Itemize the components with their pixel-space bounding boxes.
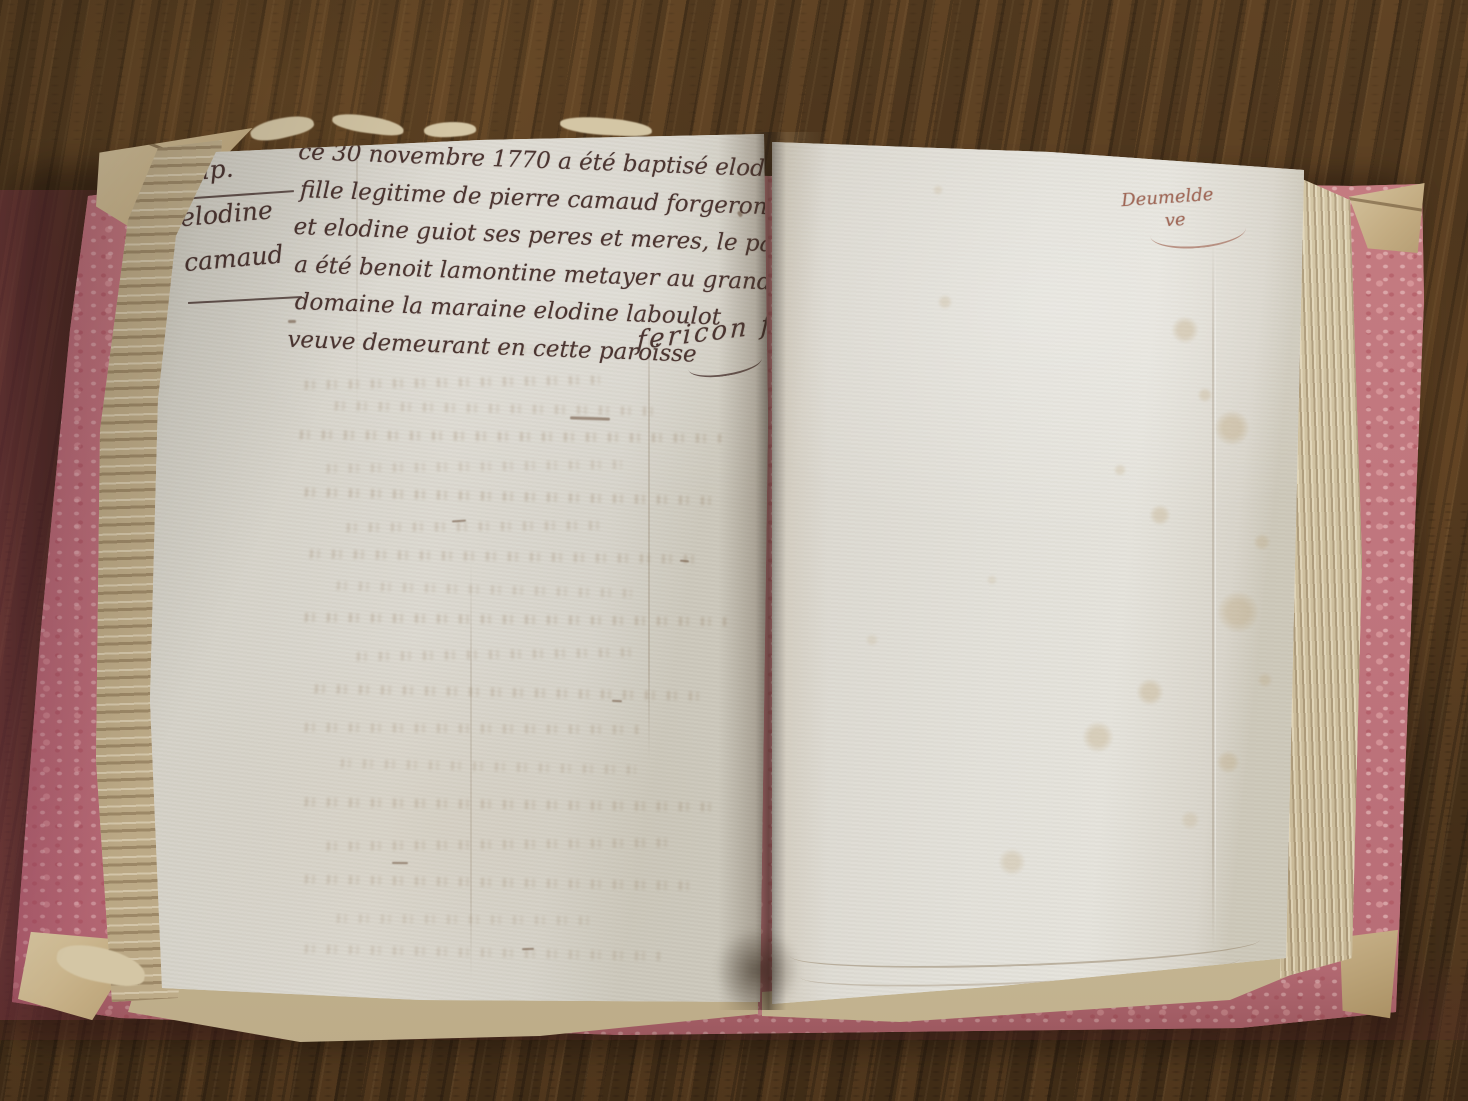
ink-fleck [570, 416, 610, 420]
verso-show-through-line [295, 430, 725, 443]
verso-show-through-line [322, 838, 672, 851]
right-page-crease-highlight [1215, 240, 1216, 950]
verso-show-through-line [330, 401, 660, 416]
verso-show-through-line [352, 648, 632, 661]
foxing-stain [1254, 534, 1270, 550]
signature-flourish [687, 346, 764, 381]
entry-line: a été benoit lamontine metayer au grand [294, 246, 820, 303]
verso-show-through-line [336, 759, 636, 775]
foxing-stain [1218, 592, 1258, 632]
foxing-stain [1258, 673, 1272, 687]
archivist-note-line: ve [1164, 206, 1216, 232]
verso-show-through-line [310, 684, 710, 701]
foxing-stain [1217, 751, 1239, 773]
verso-show-through-line [322, 460, 622, 473]
left-page-crease [356, 160, 358, 420]
verso-show-through-line [332, 914, 592, 925]
margin-note-swash [182, 190, 294, 200]
verso-show-through-line [430, 344, 580, 354]
margin-note-underline [188, 296, 302, 304]
ink-fleck [288, 320, 296, 323]
foxing-stain [1172, 317, 1198, 343]
foxing-stain [933, 185, 943, 195]
foxing-stain [987, 575, 997, 585]
entry-line: domaine la maraine elodine laboulot [294, 284, 818, 341]
ink-fleck [452, 520, 466, 523]
foxing-stain [1215, 411, 1249, 445]
wood-grain-flecks-top [0, 0, 1468, 140]
archivist-note: Deumelde ve [1121, 183, 1216, 235]
foxing-stain [1181, 811, 1199, 829]
foxing-stain [1083, 722, 1113, 752]
foxing-stain [938, 295, 952, 309]
entry-line: fille legitime de pierre camaud forgeron [299, 172, 822, 229]
foxing-stain [1198, 388, 1212, 402]
archivist-note-line: Deumelde [1121, 183, 1215, 212]
left-page-crease [470, 560, 472, 980]
foxing-stain [1114, 464, 1126, 476]
baptism-entry-text: ce 30 novembre 1770 a été baptisé elodin… [291, 134, 824, 378]
right-page-crease [1212, 240, 1214, 950]
ink-fleck [737, 210, 743, 217]
verso-show-through-line [300, 723, 640, 734]
verso-show-through-line [300, 613, 730, 627]
archivist-note-flourish [1149, 212, 1247, 252]
verso-show-through-line [300, 797, 720, 811]
verso-show-through-line [332, 581, 632, 598]
ink-fleck [680, 560, 689, 563]
page-curl-line [790, 922, 1261, 974]
verso-show-through-line [342, 521, 602, 532]
verso-show-through-line [300, 375, 600, 389]
verso-show-through-line [305, 549, 695, 563]
margin-note-line: camaud [182, 232, 285, 286]
entry-line: et elodine guiot ses peres et meres, le … [293, 209, 821, 266]
foxing-stain [999, 849, 1025, 875]
foxing-stain [866, 634, 878, 646]
verso-show-through-line [300, 488, 720, 506]
ink-fleck [522, 948, 534, 950]
verso-show-through-line [300, 944, 660, 961]
photo-of-parish-register: Bap. elodine camaud ce 30 novembre 1770 … [0, 0, 1468, 1101]
ink-fleck [392, 862, 408, 864]
gutter-bottom-shadow [712, 930, 802, 1010]
left-page-crease [648, 300, 650, 760]
ink-fleck [612, 700, 622, 703]
foxing-stain [1150, 505, 1170, 525]
entry-line: veuve demeurant en cette paroisse [287, 321, 817, 378]
verso-show-through-line [300, 875, 700, 891]
foxing-stain [1137, 679, 1163, 705]
